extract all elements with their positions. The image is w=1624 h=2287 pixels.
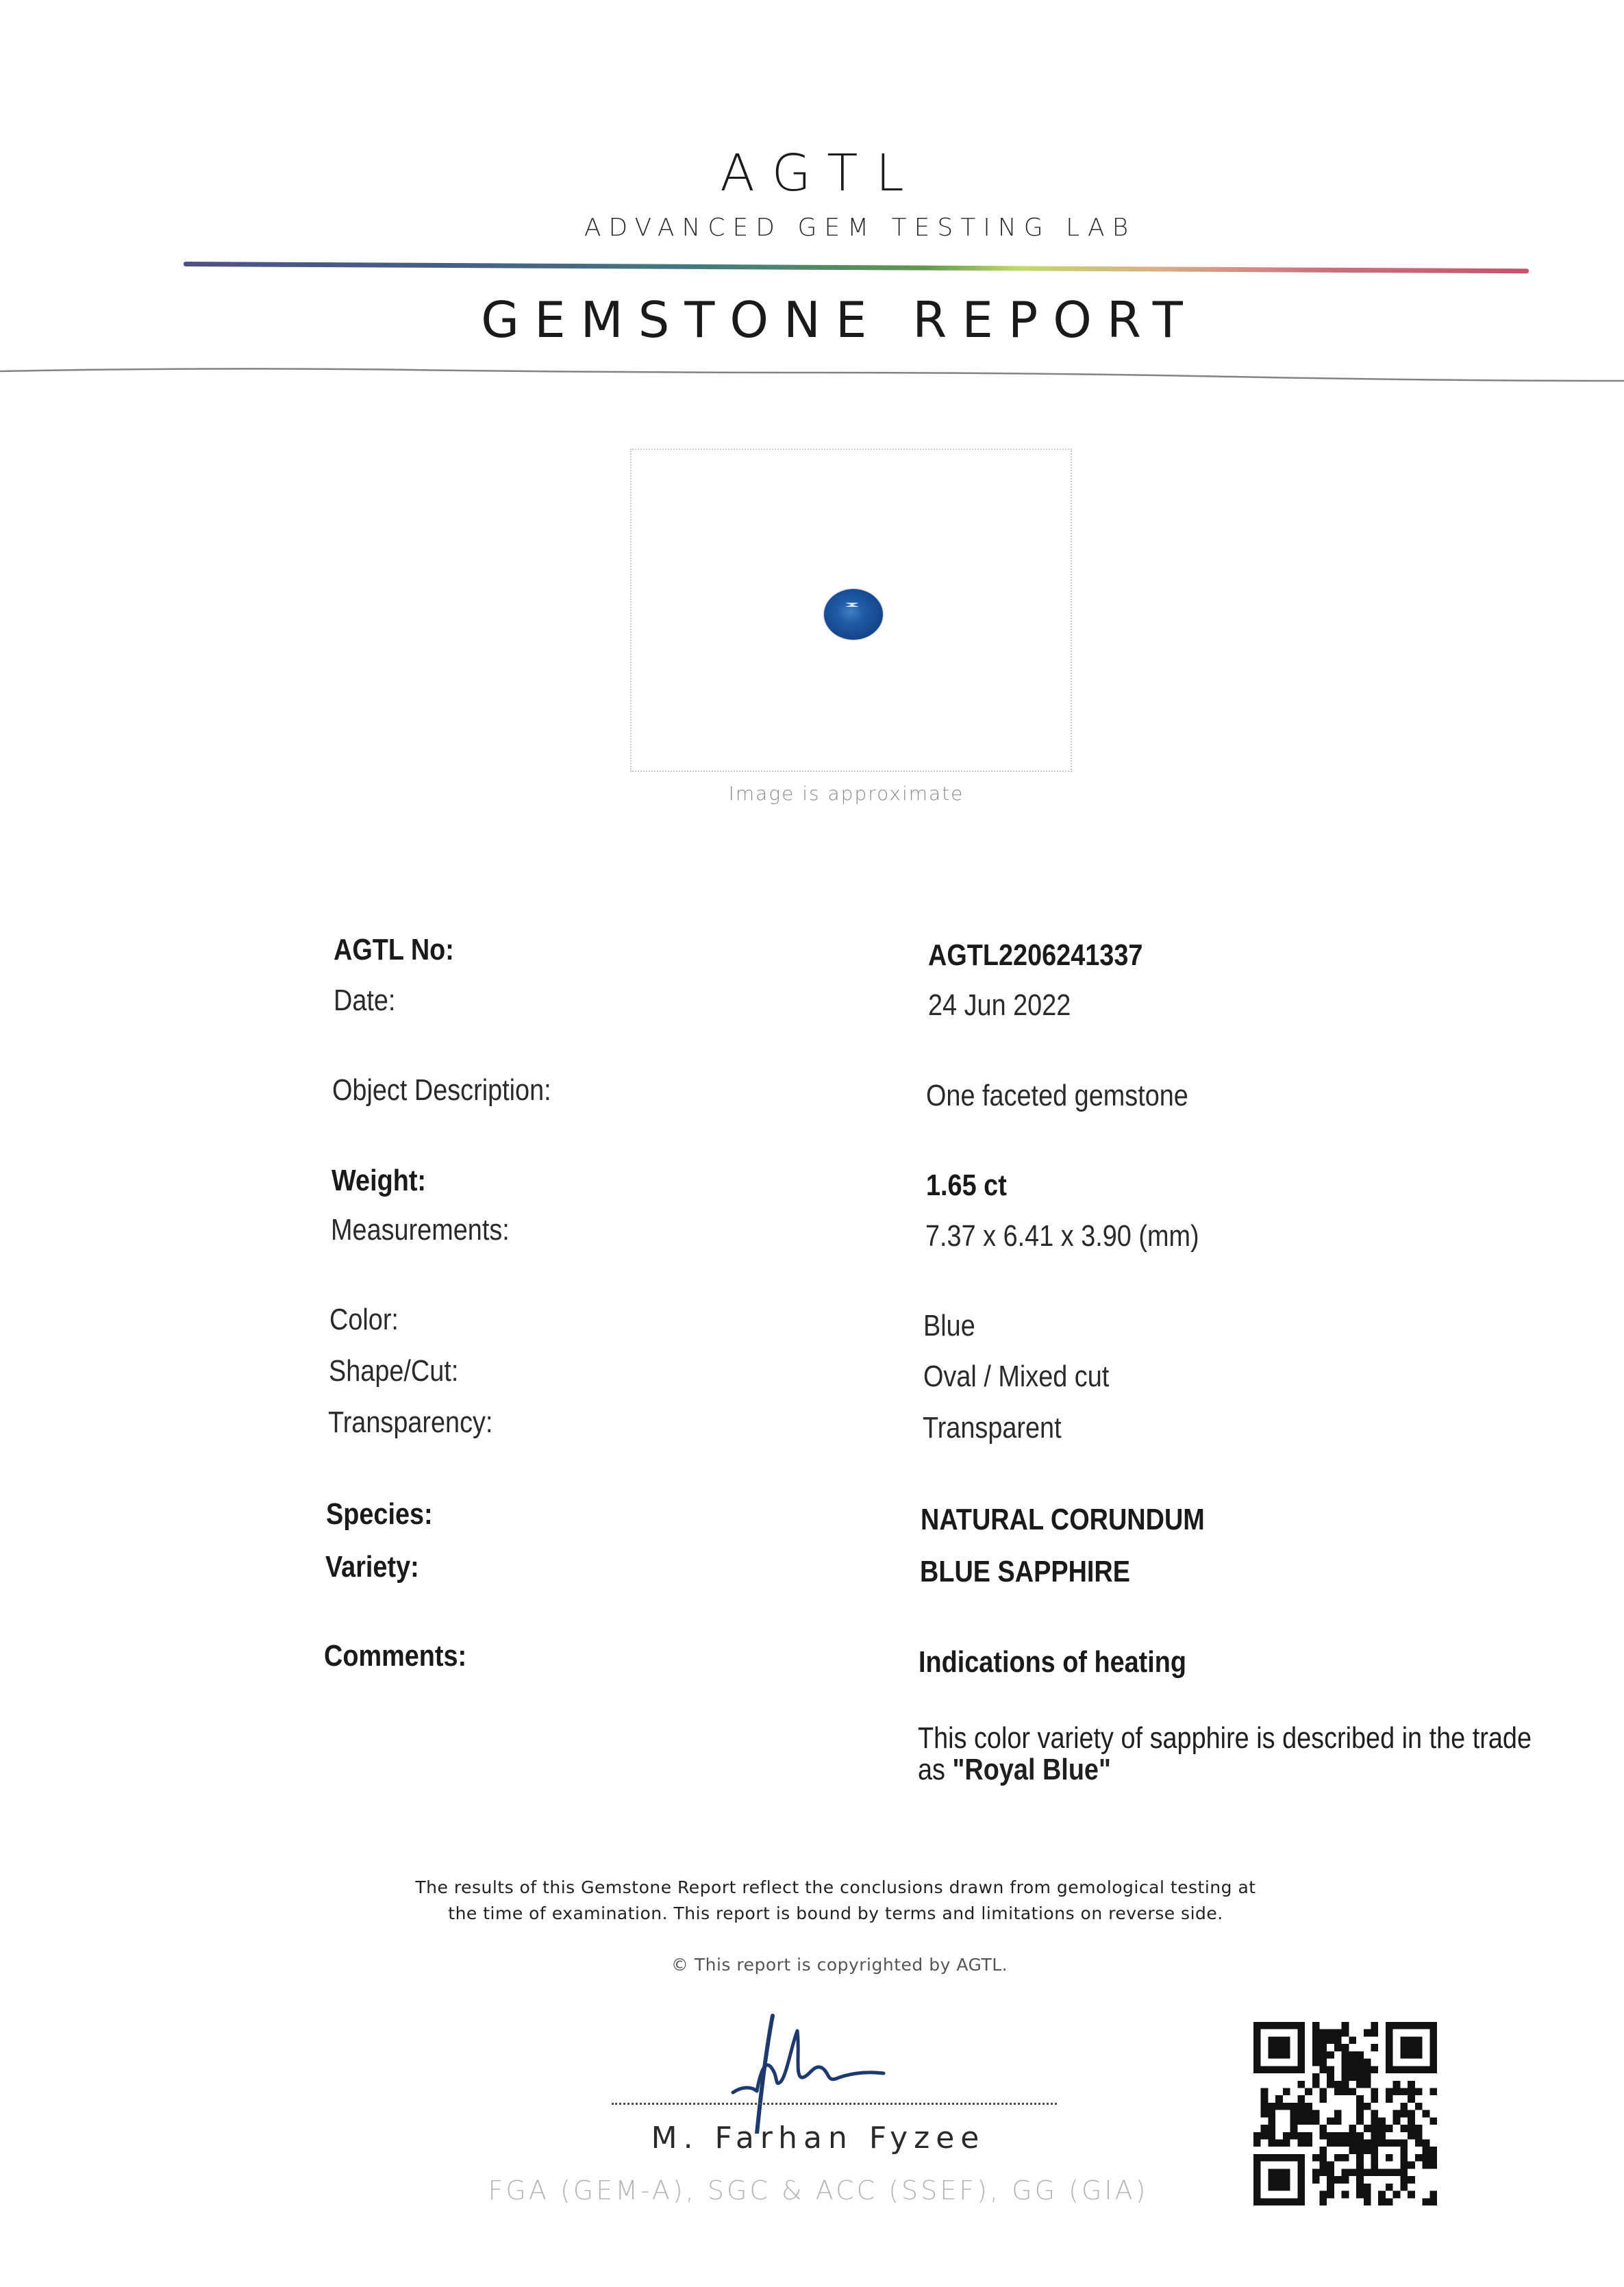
spectrum-divider — [184, 262, 1529, 273]
field-label-weight: Weight: — [332, 1164, 426, 1198]
field-label-species: Species: — [326, 1497, 433, 1532]
field-value-agtl-no: AGTL2206241337 — [928, 938, 1142, 973]
field-value-object-description: One faceted gemstone — [926, 1079, 1188, 1113]
signature-icon — [726, 2010, 932, 2134]
sapphire-gem-image — [824, 589, 883, 640]
field-value-date: 24 Jun 2022 — [928, 988, 1071, 1023]
field-label-color: Color: — [329, 1303, 399, 1337]
signature-line — [612, 2103, 1057, 2105]
field-label-shape-cut: Shape/Cut: — [329, 1354, 458, 1388]
field-value-measurements: 7.37 x 6.41 x 3.90 (mm) — [925, 1219, 1199, 1253]
field-value-species: NATURAL CORUNDUM — [921, 1503, 1205, 1537]
comment-royal-blue-note: This color variety of sapphire is descri… — [918, 1723, 1536, 1786]
comment-note-highlight: "Royal Blue" — [952, 1753, 1110, 1786]
scan-fold-line — [0, 364, 1624, 382]
copyright-notice: © This report is copyrighted by AGTL. — [0, 1955, 1624, 1975]
field-value-comments: Indications of heating — [919, 1645, 1186, 1679]
lab-logo-acronym: AGTL — [0, 144, 1624, 203]
field-label-transparency: Transparency: — [328, 1405, 492, 1440]
field-label-comments: Comments: — [324, 1639, 466, 1673]
disclaimer: The results of this Gemstone Report refl… — [342, 1875, 1329, 1927]
field-label-variety: Variety: — [325, 1550, 419, 1584]
lab-full-name: ADVANCED GEM TESTING LAB — [0, 214, 1624, 242]
field-label-agtl-no: AGTL No: — [334, 933, 454, 967]
field-label-measurements: Measurements: — [331, 1213, 510, 1247]
disclaimer-line-1: The results of this Gemstone Report refl… — [342, 1875, 1329, 1901]
image-caption: Image is approximate — [0, 782, 1624, 805]
field-label-object-description: Object Description: — [332, 1073, 551, 1108]
field-value-transparency: Transparent — [923, 1411, 1062, 1445]
field-label-date: Date: — [334, 984, 395, 1018]
field-value-shape-cut: Oval / Mixed cut — [923, 1360, 1109, 1394]
field-value-variety: BLUE SAPPHIRE — [920, 1555, 1130, 1589]
field-value-weight: 1.65 ct — [926, 1169, 1007, 1203]
disclaimer-line-2: the time of examination. This report is … — [342, 1901, 1329, 1927]
report-title: GEMSTONE REPORT — [0, 291, 1624, 349]
qr-code-icon[interactable] — [1253, 2022, 1437, 2205]
field-value-color: Blue — [923, 1309, 975, 1343]
